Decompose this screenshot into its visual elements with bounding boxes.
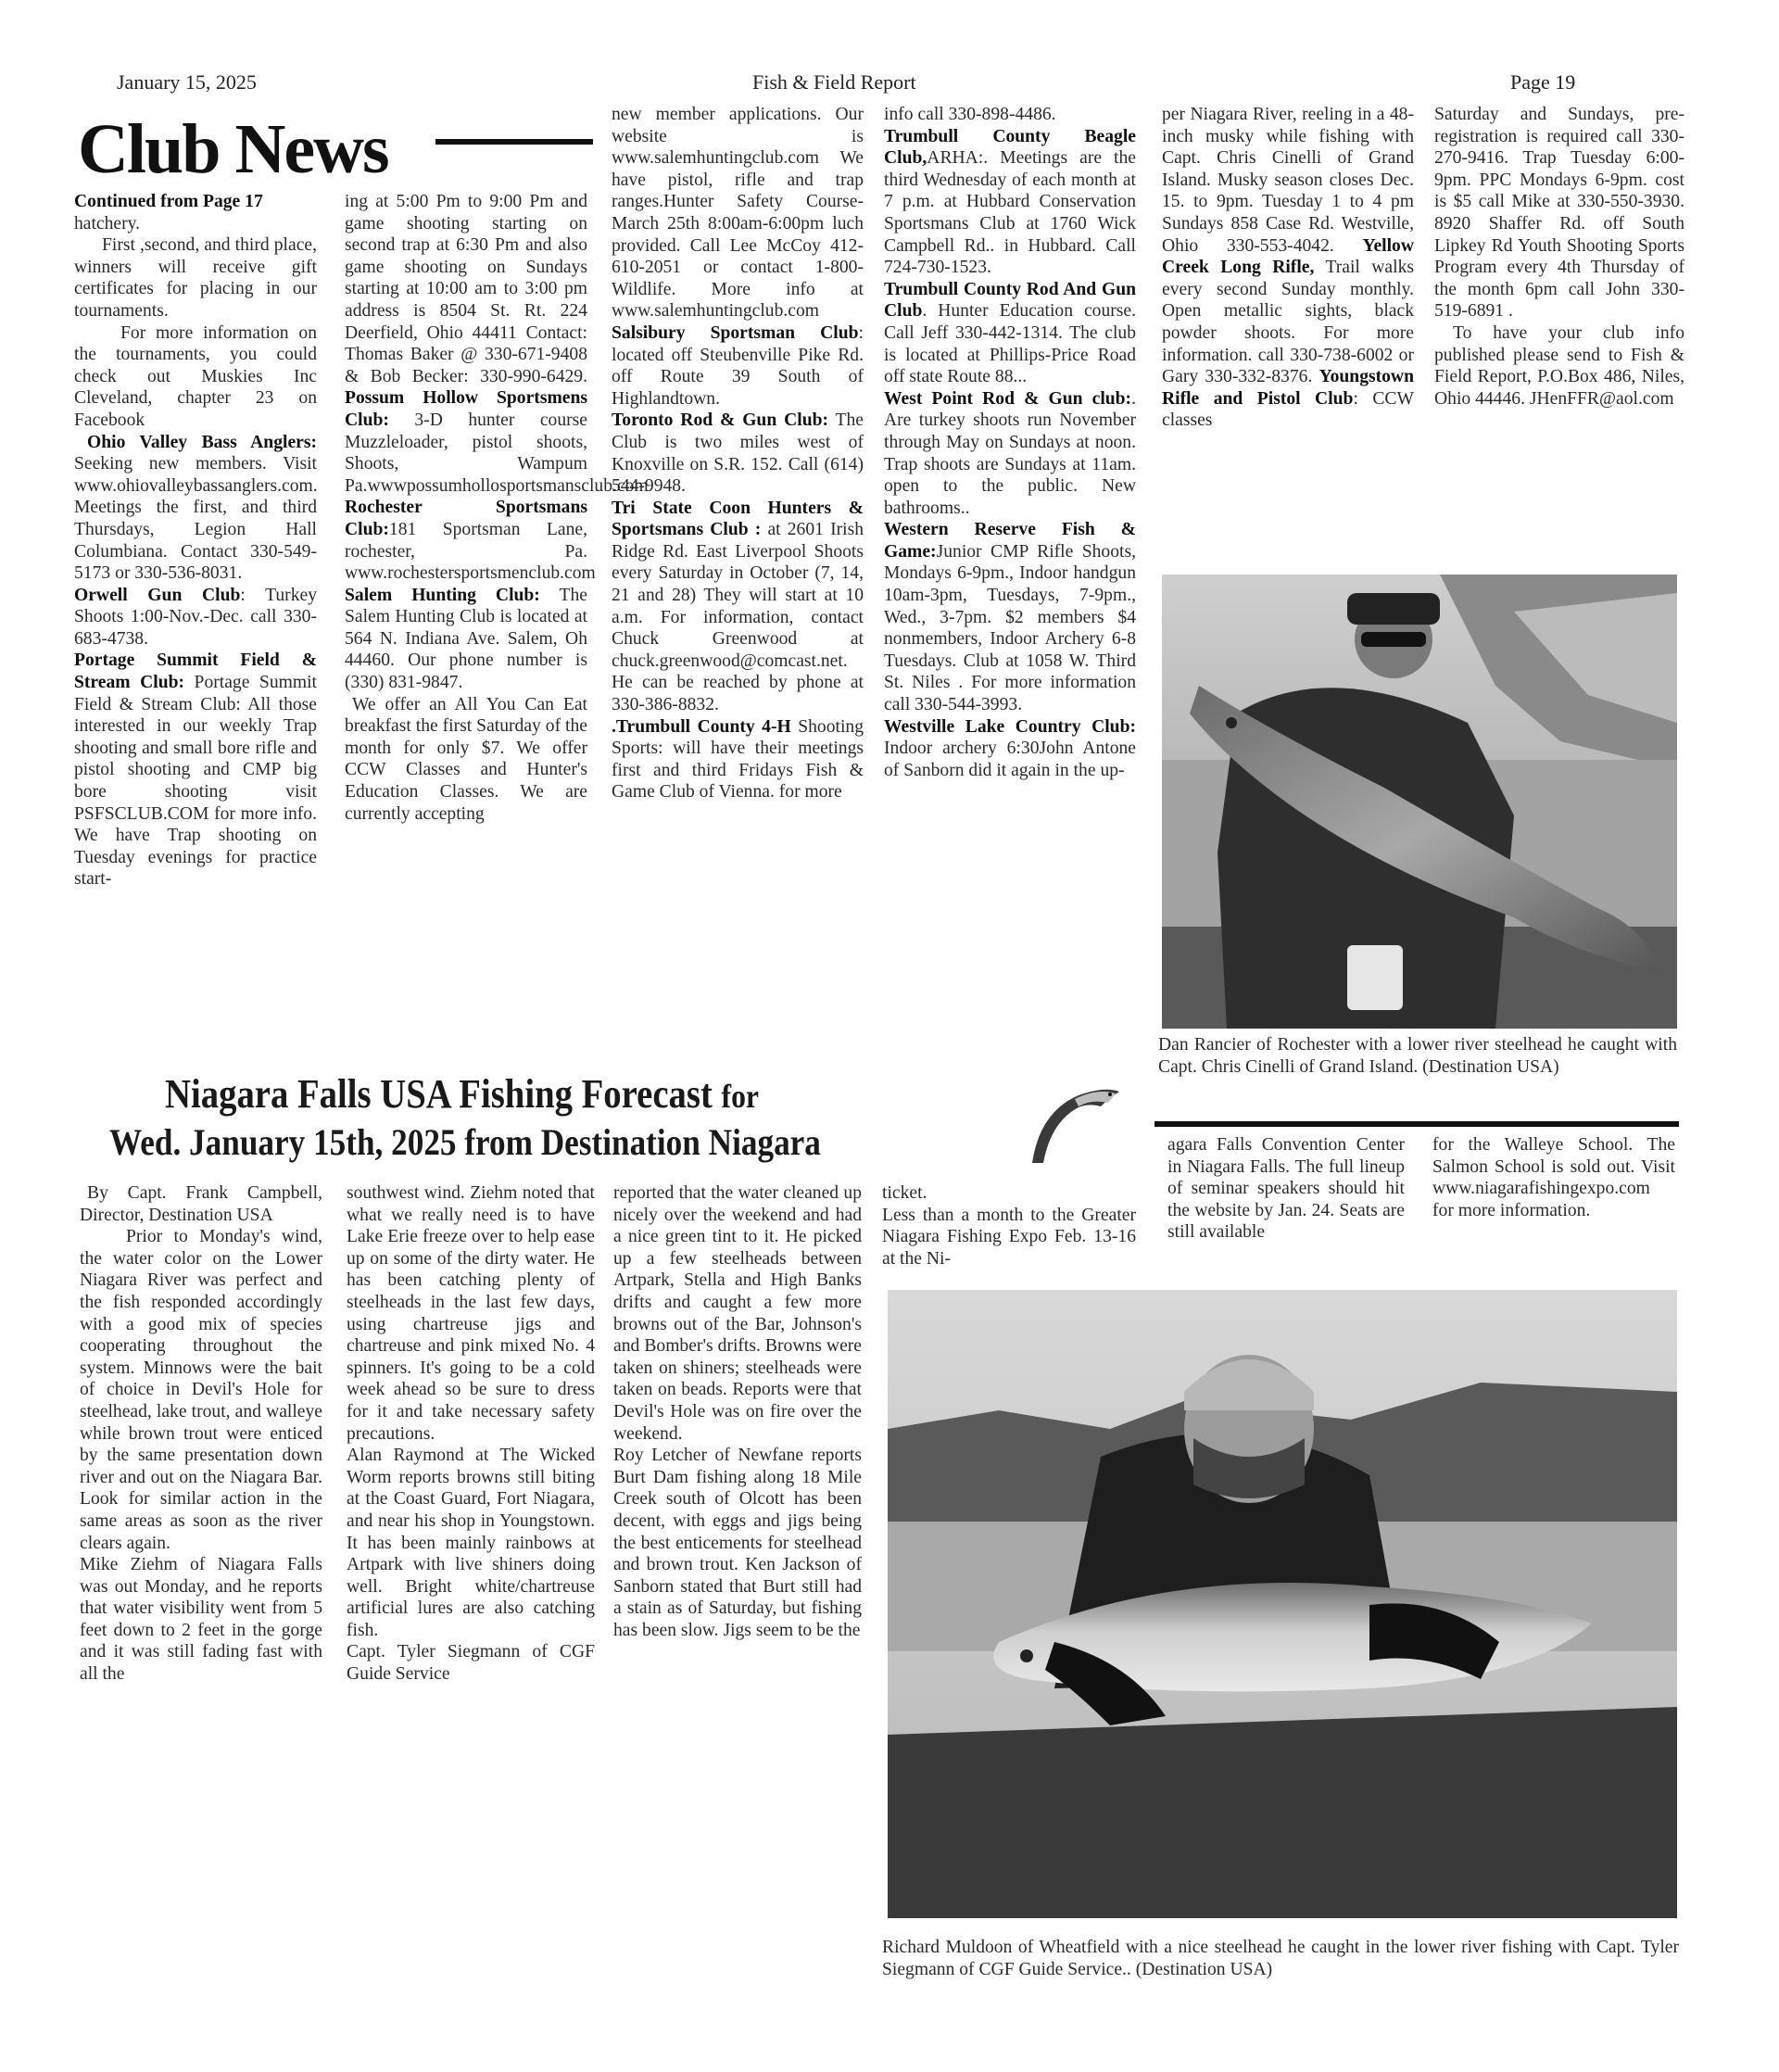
paragraph: Prior to Monday's wind, the water color … bbox=[80, 1226, 322, 1554]
club-news-column-1: Continued from Page 17 hatchery. First ,… bbox=[74, 191, 317, 891]
paragraph: reported that the water cleaned up nicel… bbox=[613, 1182, 862, 1445]
club-name: Westville Lake Country Club: bbox=[884, 717, 1136, 737]
forecast-headline-line-1: Niagara Falls USA Fishing Forecast for bbox=[165, 1071, 759, 1119]
photo-illustration bbox=[888, 1290, 1677, 1918]
forecast-column-5: agara Falls Convention Center in Niagara… bbox=[1167, 1134, 1405, 1244]
forecast-headline-line-2: Wed. January 15th, 2025 from Destination… bbox=[109, 1121, 821, 1164]
paragraph: Alan Raymond at The Wicked Worm reports … bbox=[347, 1445, 595, 1641]
club-news-column-2: ing at 5:00 Pm to 9:00 Pm and game shoot… bbox=[345, 191, 587, 825]
issue-date: January 15, 2025 bbox=[117, 70, 257, 95]
photo-1-caption: Dan Rancier of Rochester with a lower ri… bbox=[1158, 1034, 1677, 1078]
forecast-column-6: for the Walleye School. The Salmon Schoo… bbox=[1432, 1134, 1675, 1221]
club-details: at 2601 Irish Ridge Rd. East Liverpool S… bbox=[612, 520, 864, 714]
club-details: . Hunter Education course. Call Jeff 330… bbox=[884, 301, 1136, 386]
club-details: Indoor archery 6:30John Antone of Sanbor… bbox=[884, 739, 1136, 780]
club-news-column-3: new member applications. Our website is … bbox=[612, 104, 864, 803]
headline-text: Niagara Falls USA Fishing Forecast bbox=[165, 1071, 713, 1117]
paragraph: hatchery. bbox=[74, 213, 317, 235]
paragraph: info call 330-898-4486. bbox=[884, 104, 1136, 126]
club-name: West Point Rod & Gun club: bbox=[884, 389, 1131, 409]
leaping-fish-icon bbox=[1023, 1075, 1125, 1168]
club-name: .Trumbull County 4-H bbox=[612, 717, 791, 737]
steelhead-photo-1 bbox=[1162, 575, 1677, 1029]
club-name: Salsibury Sportsman Club bbox=[612, 323, 859, 343]
page-number: Page 19 bbox=[1510, 70, 1575, 95]
paragraph: To have your club info published please … bbox=[1434, 322, 1684, 410]
paragraph: Capt. Tyler Siegmann of CGF Guide Servic… bbox=[347, 1641, 595, 1685]
paragraph: southwest wind. Ziehm noted that what we… bbox=[347, 1182, 595, 1445]
paragraph: We offer an All You Can Eat breakfast th… bbox=[345, 694, 587, 826]
section-title: Club News bbox=[78, 107, 388, 191]
section-divider bbox=[1154, 1121, 1679, 1127]
club-name: Salem Hunting Club: bbox=[345, 586, 540, 605]
byline: By Capt. Frank Campbell, Director, Desti… bbox=[80, 1182, 322, 1226]
paragraph: Less than a month to the Greater Niagara… bbox=[882, 1205, 1136, 1270]
paragraph: for the Walleye School. The Salmon Schoo… bbox=[1432, 1134, 1675, 1221]
forecast-column-4: ticket. Less than a month to the Greater… bbox=[882, 1182, 1136, 1270]
forecast-column-3: reported that the water cleaned up nicel… bbox=[613, 1182, 862, 1641]
headline-for: for bbox=[722, 1078, 759, 1115]
paragraph: For more information on the tournaments,… bbox=[74, 322, 317, 432]
paragraph: Mike Ziehm of Niagara Falls was out Mond… bbox=[80, 1554, 322, 1686]
paragraph: First ,second, and third place, winners … bbox=[74, 234, 317, 322]
paragraph: ticket. bbox=[882, 1182, 1136, 1205]
club-name: Ohio Valley Bass Anglers: bbox=[87, 433, 317, 452]
club-details: Seeking new members. Visit www.ohiovalle… bbox=[74, 454, 318, 583]
continued-note: Continued from Page 17 bbox=[74, 192, 263, 211]
paragraph: Roy Letcher of Newfane reports Burt Dam … bbox=[613, 1445, 862, 1641]
club-name: Toronto Rod & Gun Club: bbox=[612, 411, 828, 430]
club-news-column-5: per Niagara River, reeling in a 48-inch … bbox=[1162, 104, 1414, 432]
club-details: ing at 5:00 Pm to 9:00 Pm and game shoot… bbox=[345, 192, 587, 386]
paragraph: Saturday and Sundays, pre-registration i… bbox=[1434, 104, 1684, 322]
title-rule bbox=[435, 139, 593, 145]
club-details: Junior CMP Rifle Shoots, Mondays 6-9pm.,… bbox=[884, 542, 1136, 714]
paragraph: agara Falls Convention Center in Niagara… bbox=[1167, 1134, 1405, 1244]
club-details: Portage Summit Field & Stream Club: All … bbox=[74, 673, 317, 889]
club-news-column-4: info call 330-898-4486. Trumbull County … bbox=[884, 104, 1136, 781]
steelhead-photo-2 bbox=[888, 1290, 1677, 1918]
paragraph: new member applications. Our website is … bbox=[612, 104, 864, 322]
forecast-column-1: By Capt. Frank Campbell, Director, Desti… bbox=[80, 1182, 322, 1686]
forecast-column-2: southwest wind. Ziehm noted that what we… bbox=[347, 1182, 595, 1686]
club-details: per Niagara River, reeling in a 48-inch … bbox=[1162, 105, 1414, 256]
publication-name: Fish & Field Report bbox=[752, 70, 916, 95]
club-name: Orwell Gun Club bbox=[74, 586, 240, 605]
club-details: 3-D hunter course Muzzleloader, pistol s… bbox=[345, 411, 649, 496]
club-news-column-6: Saturday and Sundays, pre-registration i… bbox=[1434, 104, 1684, 410]
photo-illustration bbox=[1162, 575, 1677, 1029]
photo-2-caption: Richard Muldoon of Wheatfield with a nic… bbox=[882, 1937, 1679, 1980]
